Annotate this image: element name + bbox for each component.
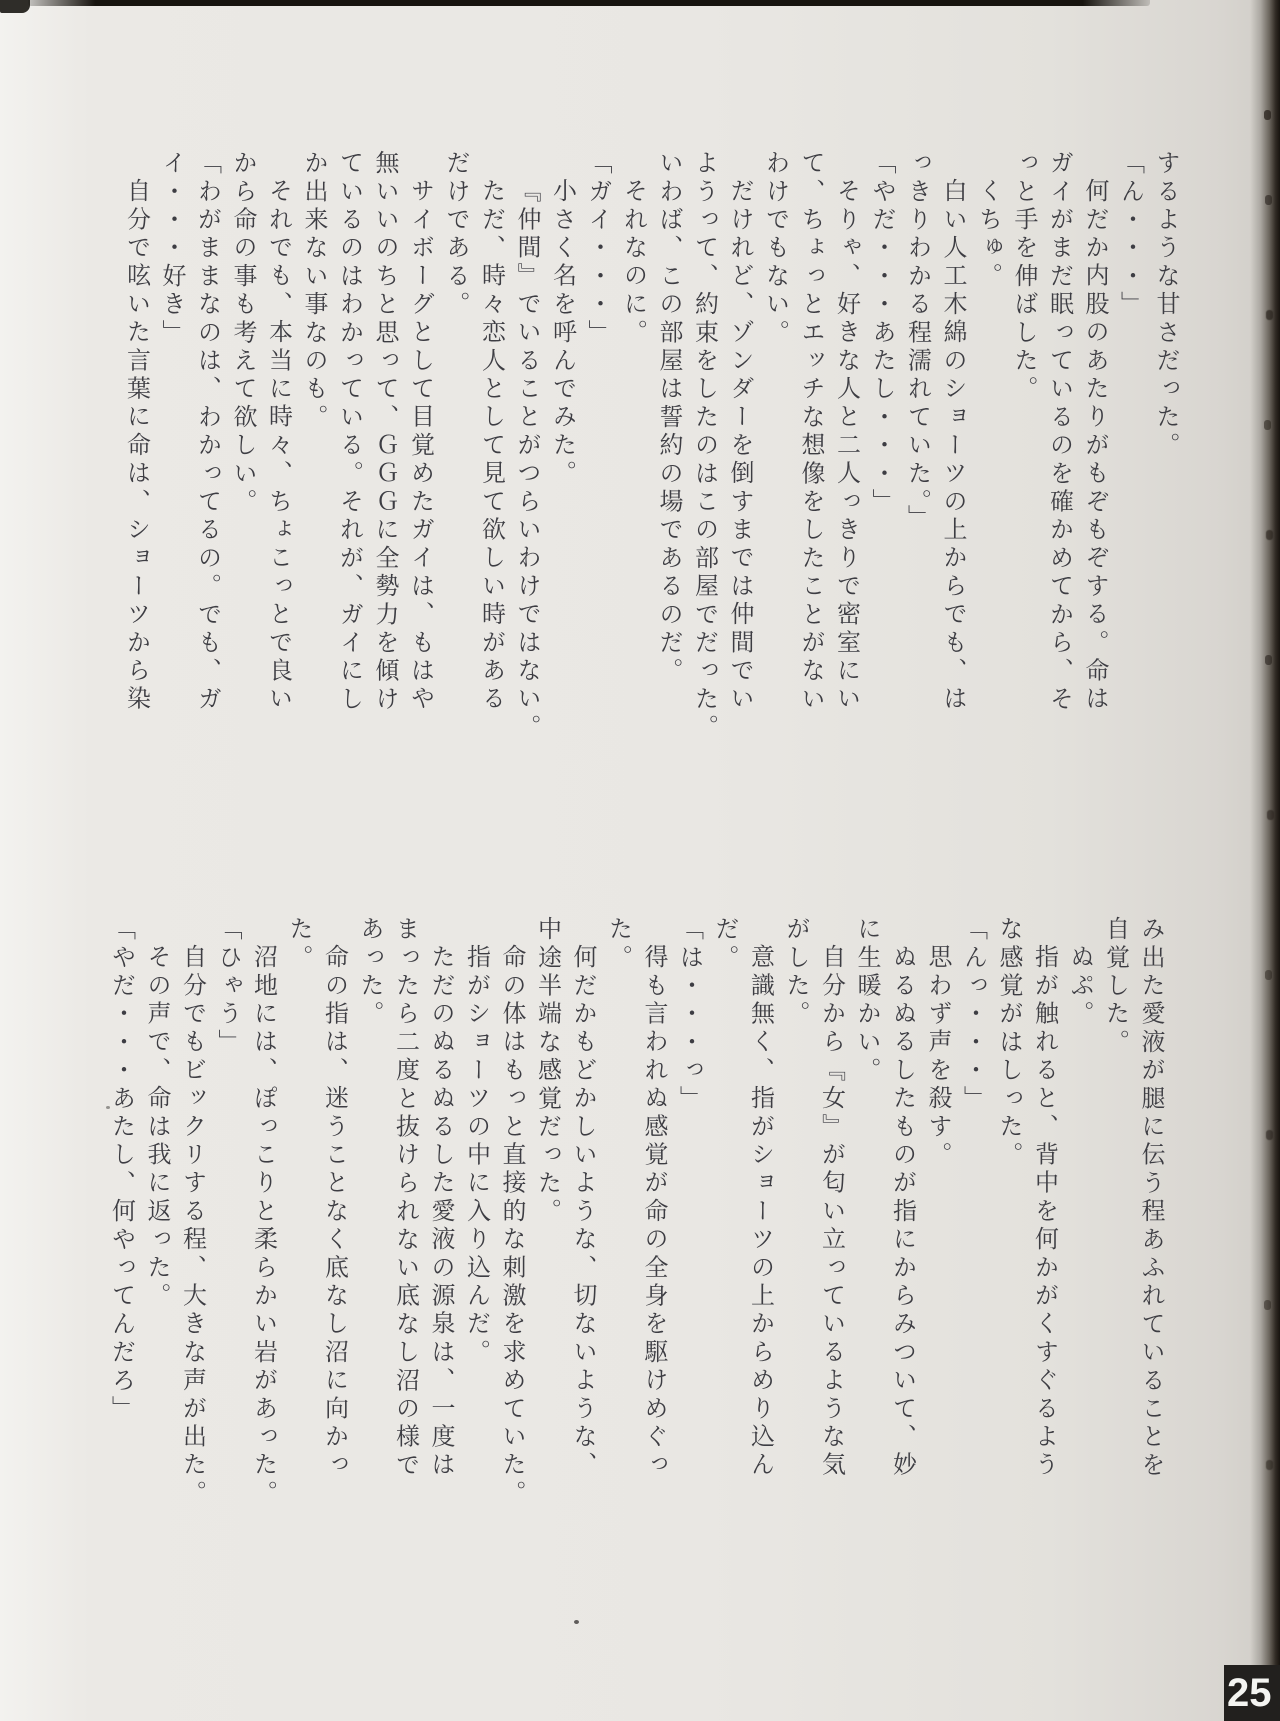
- text-column: サイボーグとして目覚めたガイは、もはや: [402, 150, 438, 790]
- text-column: み出た愛液が腿に伝う程あふれていることを: [1133, 916, 1169, 1490]
- text-column: だ。: [707, 916, 743, 1490]
- text-column: 無いいのちと思って、ＧＧＧに全勢力を傾け: [367, 150, 403, 762]
- text-column: わけでもない。: [757, 150, 793, 762]
- text-column: それなのに。: [615, 150, 651, 790]
- text-column: っと手を伸ばした。: [1006, 150, 1042, 762]
- text-column: 「ガイ・・・」: [580, 150, 616, 762]
- text-column: た。: [600, 916, 636, 1490]
- upper-text-block: するような甘さだった。「ん・・・」何だか内股のあたりがもぞもぞする。命はガイがま…: [118, 150, 1183, 762]
- page-number: 25: [1224, 1673, 1272, 1713]
- top-left-corner-mark: [0, 0, 30, 13]
- text-column: 命の体はもっと直接的な刺激を求めていた。: [494, 916, 530, 1518]
- text-column: ぬぷ。: [1062, 916, 1098, 1518]
- text-column: 『仲間』でいることがつらいわけではない。: [509, 150, 545, 790]
- text-column: た。: [281, 916, 317, 1490]
- text-column: 自分で呟いた言葉に命は、ショーツから染: [118, 150, 154, 790]
- text-column: するような甘さだった。: [1148, 150, 1184, 762]
- text-column: あった。: [352, 916, 388, 1490]
- text-column: だけれど、ゾンダーを倒すまでは仲間でい: [722, 150, 758, 790]
- text-column: 何だかもどかしいような、切ないような、: [565, 916, 601, 1518]
- text-column: くちゅ。: [970, 150, 1006, 790]
- text-column: 何だか内股のあたりがもぞもぞする。命は: [1077, 150, 1113, 790]
- text-column: に生暖かい。: [849, 916, 885, 1490]
- text-column: ようって、約束をしたのはこの部屋でだった。: [686, 150, 722, 762]
- text-column: か出来ない事なのも。: [296, 150, 332, 762]
- text-column: イ・・・好き」: [154, 150, 190, 762]
- text-column: 小さく名を呼んでみた。: [544, 150, 580, 790]
- text-column: から命の事も考えて欲しい。: [225, 150, 261, 762]
- text-column: て、ちょっとエッチな想像をしたことがない: [793, 150, 829, 762]
- text-column: 指が触れると、背中を何かがくすぐるよう: [1026, 916, 1062, 1518]
- text-column: 自分でもビックリする程、大きな声が出た。: [174, 916, 210, 1518]
- text-column: っきりわかる程濡れていた。」: [899, 150, 935, 762]
- text-column: 得も言われぬ感覚が命の全身を駆けめぐっ: [636, 916, 672, 1518]
- text-column: いわば、この部屋は誓約の場であるのだ。: [651, 150, 687, 762]
- text-column: 「ん・・・」: [1112, 150, 1148, 762]
- text-column: 「やだ・・・あたし・・・」: [864, 150, 900, 762]
- page-edge-shadow: [1250, 0, 1280, 1721]
- text-column: 自覚した。: [1097, 916, 1133, 1490]
- text-column: 意識無く、指がショーツの上からめり込ん: [742, 916, 778, 1518]
- text-column: まったら二度と抜けられない底なし沼の様で: [387, 916, 423, 1490]
- top-edge-line: [28, 0, 1150, 6]
- text-column: 思わず声を殺す。: [920, 916, 956, 1518]
- text-column: ガイがまだ眠っているのを確かめてから、そ: [1041, 150, 1077, 762]
- text-column: 命の指は、迷うことなく底なし沼に向かっ: [316, 916, 352, 1518]
- lower-text-block: み出た愛液が腿に伝う程あふれていることを自覚した。ぬぷ。指が触れると、背中を何か…: [103, 916, 1168, 1490]
- text-column: 「は・・・っ」: [671, 916, 707, 1490]
- text-column: がした。: [778, 916, 814, 1490]
- text-column: 「ひゃう」: [210, 916, 246, 1490]
- page-number-badge: 25: [1224, 1665, 1280, 1721]
- text-column: それでも、本当に時々、ちょこっとで良い: [260, 150, 296, 790]
- text-column: 自分から『女』が匂い立っているような気: [813, 916, 849, 1518]
- text-column: 白い人工木綿のショーツの上からでも、は: [935, 150, 971, 790]
- text-column: 指がショーツの中に入り込んだ。: [458, 916, 494, 1518]
- text-column: 沼地には、ぽっこりと柔らかい岩があった。: [245, 916, 281, 1518]
- edge-bleedthrough-marks: [1264, 110, 1271, 120]
- text-column: 「んっ・・・」: [955, 916, 991, 1490]
- text-column: 中途半端な感覚だった。: [529, 916, 565, 1490]
- text-column: ぬるぬるしたものが指にからみついて、妙: [884, 916, 920, 1518]
- text-column: そりゃ、好きな人と二人っきりで密室にい: [828, 150, 864, 790]
- text-column: ただ、時々恋人として見て欲しい時がある: [473, 150, 509, 790]
- text-column: その声で、命は我に返った。: [139, 916, 175, 1518]
- text-column: な感覚がはしった。: [991, 916, 1027, 1490]
- text-column: だけである。: [438, 150, 474, 762]
- text-column: ているのはわかっている。それが、ガイにし: [331, 150, 367, 762]
- text-column: 「やだ・・・あたし、何やってんだろ」: [103, 916, 139, 1490]
- text-column: 「わがままなのは、わかってるの。でも、ガ: [189, 150, 225, 762]
- page-scan: { "page": { "number": "25", "upper_block…: [0, 0, 1280, 1721]
- scan-speckle: [574, 1620, 579, 1624]
- text-column: ただのぬるぬるした愛液の源泉は、一度は: [423, 916, 459, 1518]
